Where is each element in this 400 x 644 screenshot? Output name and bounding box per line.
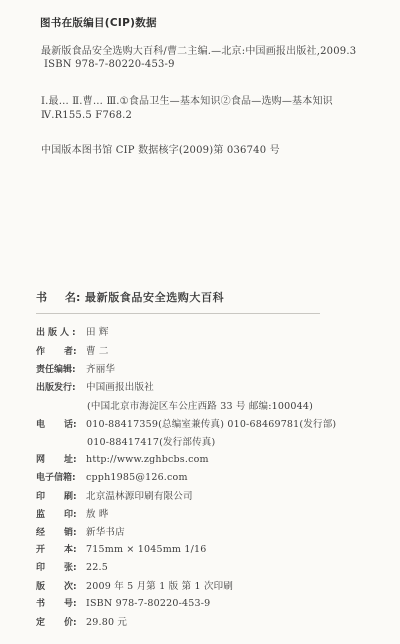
phone-label: 电话: <box>36 417 86 430</box>
cip-classification-line: Ⅳ.R155.5 F768.2 <box>41 110 132 121</box>
format-value: 715mm × 1045mm 1/16 <box>86 544 207 555</box>
isbn-row: 书号:ISBN 978-7-80220-453-9 <box>36 596 210 609</box>
book-title-value: 最新版食品安全选购大百科 <box>85 291 224 304</box>
phone-row: 电话:010-88417359(总编室兼传真) 010-68469781(发行部… <box>36 416 336 430</box>
copyright-page: 图书在版编目(CIP)数据 最新版食品安全选购大百科/曹二主编.—北京:中国画报… <box>0 0 400 644</box>
cip-bibliographic-line: 最新版食品安全选购大百科/曹二主编.—北京:中国画报出版社,2009.3 <box>41 42 356 57</box>
printer-row: 印刷:北京温林源印刷有限公司 <box>36 488 193 502</box>
price-label: 定价: <box>36 615 86 628</box>
printer-value: 北京温林源印刷有限公司 <box>86 491 193 502</box>
price-row: 定价:29.80 元 <box>36 614 127 628</box>
printer-label: 印刷: <box>36 489 86 502</box>
author-row: 作者:曹 二 <box>36 343 109 357</box>
website-row: 网址:http://www.zghbcbs.com <box>36 452 209 465</box>
editor-value: 齐丽华 <box>86 364 115 375</box>
email-value: cpph1985@126.com <box>86 472 188 483</box>
print-supervisor-label: 监印: <box>36 507 86 520</box>
editor-label: 责任编辑: <box>36 362 86 375</box>
editor-row: 责任编辑:齐丽华 <box>36 361 115 375</box>
address-value: (中国北京市海淀区车公庄西路 33 号 邮编:100044) <box>87 401 313 412</box>
author-value: 曹 二 <box>86 346 109 357</box>
format-row: 开本:715mm × 1045mm 1/16 <box>36 542 207 555</box>
print-supervisor-value: 敖 晔 <box>86 509 109 520</box>
sheets-row: 印张:22.5 <box>36 560 108 573</box>
email-row: 电子信箱:cpph1985@126.com <box>36 470 188 483</box>
distributor-label: 出版发行: <box>36 380 86 393</box>
cip-heading: 图书在版编目(CIP)数据 <box>40 15 157 30</box>
fax-row: 010-88417417(发行部传真) <box>87 434 215 448</box>
format-label: 开本: <box>36 542 86 555</box>
sheets-label: 印张: <box>36 560 86 573</box>
distributor-value: 中国画报出版社 <box>86 382 154 393</box>
print-supervisor-row: 监印:敖 晔 <box>36 506 109 520</box>
book-title-row: 书名:最新版食品安全选购大百科 <box>36 289 224 305</box>
website-label: 网址: <box>36 452 86 465</box>
isbn-value: ISBN 978-7-80220-453-9 <box>86 598 210 609</box>
cip-subject-line: Ⅰ.最… Ⅱ.曹… Ⅲ.①食品卫生—基本知识②食品—选购—基本知识 <box>41 92 333 107</box>
seller-row: 经销:新华书店 <box>36 524 125 538</box>
isbn-label: 书号: <box>36 596 86 609</box>
sheets-value: 22.5 <box>86 562 108 573</box>
book-title-label: 书名: <box>36 289 85 305</box>
seller-label: 经销: <box>36 525 86 538</box>
publisher-value: 田 辉 <box>86 327 109 338</box>
edition-value: 2009 年 5 月第 1 版 第 1 次印刷 <box>86 581 233 592</box>
distributor-row: 出版发行:中国画报出版社 <box>36 379 154 393</box>
edition-label: 版次: <box>36 579 86 592</box>
seller-value: 新华书店 <box>86 527 125 538</box>
cip-isbn-line: ISBN 978-7-80220-453-9 <box>44 59 175 70</box>
address-row: (中国北京市海淀区车公庄西路 33 号 邮编:100044) <box>87 398 313 412</box>
price-value: 29.80 元 <box>86 617 127 628</box>
fax-value: 010-88417417(发行部传真) <box>87 437 215 448</box>
email-label: 电子信箱: <box>36 470 86 483</box>
website-value: http://www.zghbcbs.com <box>86 454 209 465</box>
divider <box>36 313 320 314</box>
phone-value: 010-88417359(总编室兼传真) 010-68469781(发行部) <box>86 419 336 430</box>
edition-row: 版次:2009 年 5 月第 1 版 第 1 次印刷 <box>36 578 233 592</box>
author-label: 作者: <box>36 344 86 357</box>
publisher-label: 出版人: <box>36 325 86 338</box>
cip-record-number: 中国版本图书馆 CIP 数据核字(2009)第 036740 号 <box>41 141 280 156</box>
publisher-row: 出版人:田 辉 <box>36 324 109 338</box>
